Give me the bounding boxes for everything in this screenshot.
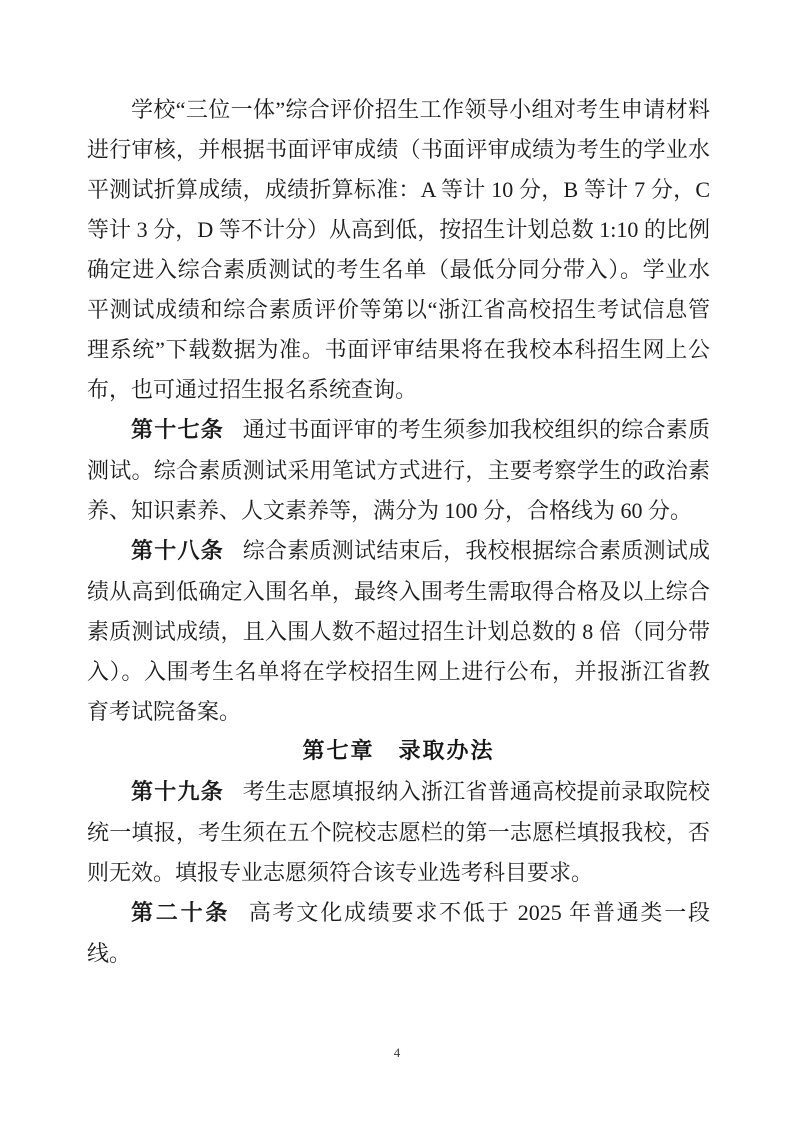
article-paragraph: 第十七条通过书面评审的考生须参加我校组织的综合素质测试。综合素质测试采用笔试方式…: [87, 410, 710, 531]
body-paragraph: 学校“三位一体”综合评价招生工作领导小组对考生申请材料进行审核，并根据书面评审成…: [87, 90, 710, 410]
page-number: 4: [394, 1045, 401, 1060]
document-page: 学校“三位一体”综合评价招生工作领导小组对考生申请材料进行审核，并根据书面评审成…: [0, 0, 794, 1123]
article-number: 第二十条: [131, 901, 230, 926]
page-footer: 4: [0, 1044, 794, 1062]
chapter-heading: 第七章 录取办法: [87, 732, 710, 772]
document-content: 学校“三位一体”综合评价招生工作领导小组对考生申请材料进行审核，并根据书面评审成…: [87, 90, 710, 974]
article-paragraph: 第二十条高考文化成绩要求不低于 2025 年普通类一段线。: [87, 893, 710, 974]
article-number: 第十七条: [131, 418, 224, 443]
article-number: 第十九条: [131, 780, 224, 805]
article-number: 第十八条: [131, 539, 224, 564]
article-paragraph: 第十九条考生志愿填报纳入浙江省普通高校提前录取院校统一填报，考生须在五个院校志愿…: [87, 772, 710, 893]
article-paragraph: 第十八条综合素质测试结束后，我校根据综合素质测试成绩从高到低确定入围名单，最终入…: [87, 531, 710, 732]
